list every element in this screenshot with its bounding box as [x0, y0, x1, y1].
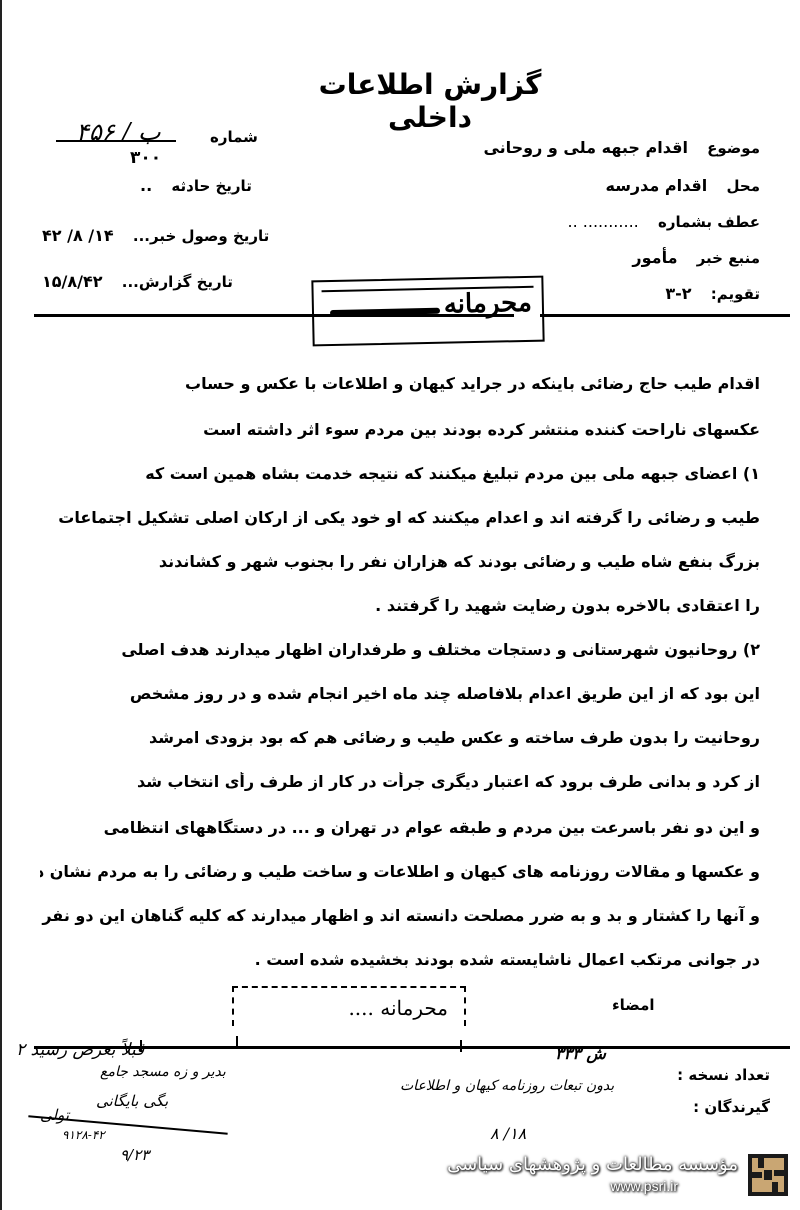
report-date-field: تاریخ گزارش... ۱۵/۸/۴۲ — [42, 272, 233, 291]
paragraph-1-line: را اعتقادی بالاخره بدون رضایت شهید را گر… — [40, 596, 760, 615]
paragraph-2-line: این بود که از این طریق اعدام بلافاصله چن… — [40, 684, 760, 703]
document-page: گزارش اطلاعات داخلی ۴۵۶ / ب شماره ۳۰۰ تا… — [0, 0, 800, 1210]
paragraph-2-line: و این دو نفر باسرعت بین مردم و طبقه عوام… — [40, 818, 760, 837]
paragraph-1-line: طیب و رضائی را گرفته اند و اعدام میکنند … — [40, 508, 760, 527]
handwritten-note: بدون تبعات روزنامه کیهان و اطلاعات — [400, 1078, 614, 1094]
paragraph-1-line: ۱) اعضای جبهه ملی بین مردم تبلیغ میکنند … — [40, 464, 760, 483]
scan-edge — [0, 0, 2, 1210]
number-underline — [56, 140, 176, 142]
handwritten-note: ۹/۲۳ — [120, 1146, 149, 1164]
location-field: محل اقدام مدرسه — [605, 176, 760, 195]
intro-line: عکسهای ناراحت کننده منتشر کرده بودند بین… — [40, 420, 760, 439]
subject-field: موضوع اقدام جبهه ملی و روحانی — [483, 138, 760, 157]
handwritten-note: ش ۳۳۳ — [555, 1044, 606, 1063]
rating-field: تقویم: ۲-۳ — [665, 284, 760, 303]
document-title: گزارش اطلاعات داخلی — [300, 68, 560, 134]
news-received-date-field: تاریخ وصول خبر... ۱۴/ ۸/ ۴۲ — [42, 226, 269, 245]
incident-date-field: تاریخ حادثه .. — [140, 176, 252, 195]
paragraph-2-line: از کرد و بدانی طرف برود که اعتبار دیگری … — [40, 772, 760, 791]
paragraph-2-line: و عکسها و مقالات روزنامه های کیهان و اطل… — [40, 862, 760, 881]
paragraph-2-line: ۲) روحانیون شهرستانی و دستجات مختلف و طر… — [40, 640, 760, 659]
paragraph-2-line: و آنها را کشتار و بد و به ضرر مصلحت دانس… — [40, 906, 760, 925]
handwritten-stroke — [28, 1115, 227, 1134]
handwritten-note: ۹۱۲۸-۴۲ — [62, 1128, 105, 1142]
footer-divider — [34, 1046, 790, 1049]
confidential-stamp-footer: محرمانه .... — [232, 986, 466, 1026]
handwritten-note: بگی بایگانی — [96, 1092, 168, 1110]
recipients-label: گیرندگان : — [693, 1098, 770, 1116]
number-label: شماره — [210, 128, 258, 146]
header-divider-right — [540, 314, 790, 317]
handwritten-note: تولی — [40, 1106, 69, 1124]
signature-label: امضاء — [612, 996, 655, 1014]
paragraph-1-line: بزرگ بنفع شاه طیب و رضائی بودند که هزارا… — [40, 552, 760, 571]
handwritten-note: ۱۸/ ۸ — [490, 1124, 526, 1143]
psri-watermark: مؤسسه مطالعات و پژوهشهای سیاسی www.psri.… — [478, 1150, 798, 1200]
confidential-stamp: محرمانه — [311, 276, 544, 347]
report-number-sub: ۳۰۰ — [130, 148, 161, 168]
handwritten-note: قبلاً بعرض رسید ۲ — [16, 1040, 144, 1060]
copies-label: تعداد نسخه : — [677, 1066, 770, 1084]
org-name: مؤسسه مطالعات و پژوهشهای سیاسی — [447, 1154, 738, 1175]
handwritten-note: بدیر و زه مسجد جامع — [100, 1064, 226, 1080]
news-source-field: منبع خبر مأمور — [632, 248, 760, 267]
paragraph-2-line: در جوانی مرتکب اعمال ناشایسته شده بودند … — [40, 950, 760, 969]
org-url: www.psri.ir — [610, 1178, 678, 1194]
paragraph-2-line: روحانیت را بدون طرف ساخته و عکس طیب و رض… — [40, 728, 760, 747]
intro-line: اقدام طیب حاج رضائی باینکه در جراید کیها… — [40, 374, 760, 393]
psri-logo-icon — [748, 1154, 788, 1196]
reference-number-field: عطف بشماره ........... .. — [568, 212, 760, 231]
